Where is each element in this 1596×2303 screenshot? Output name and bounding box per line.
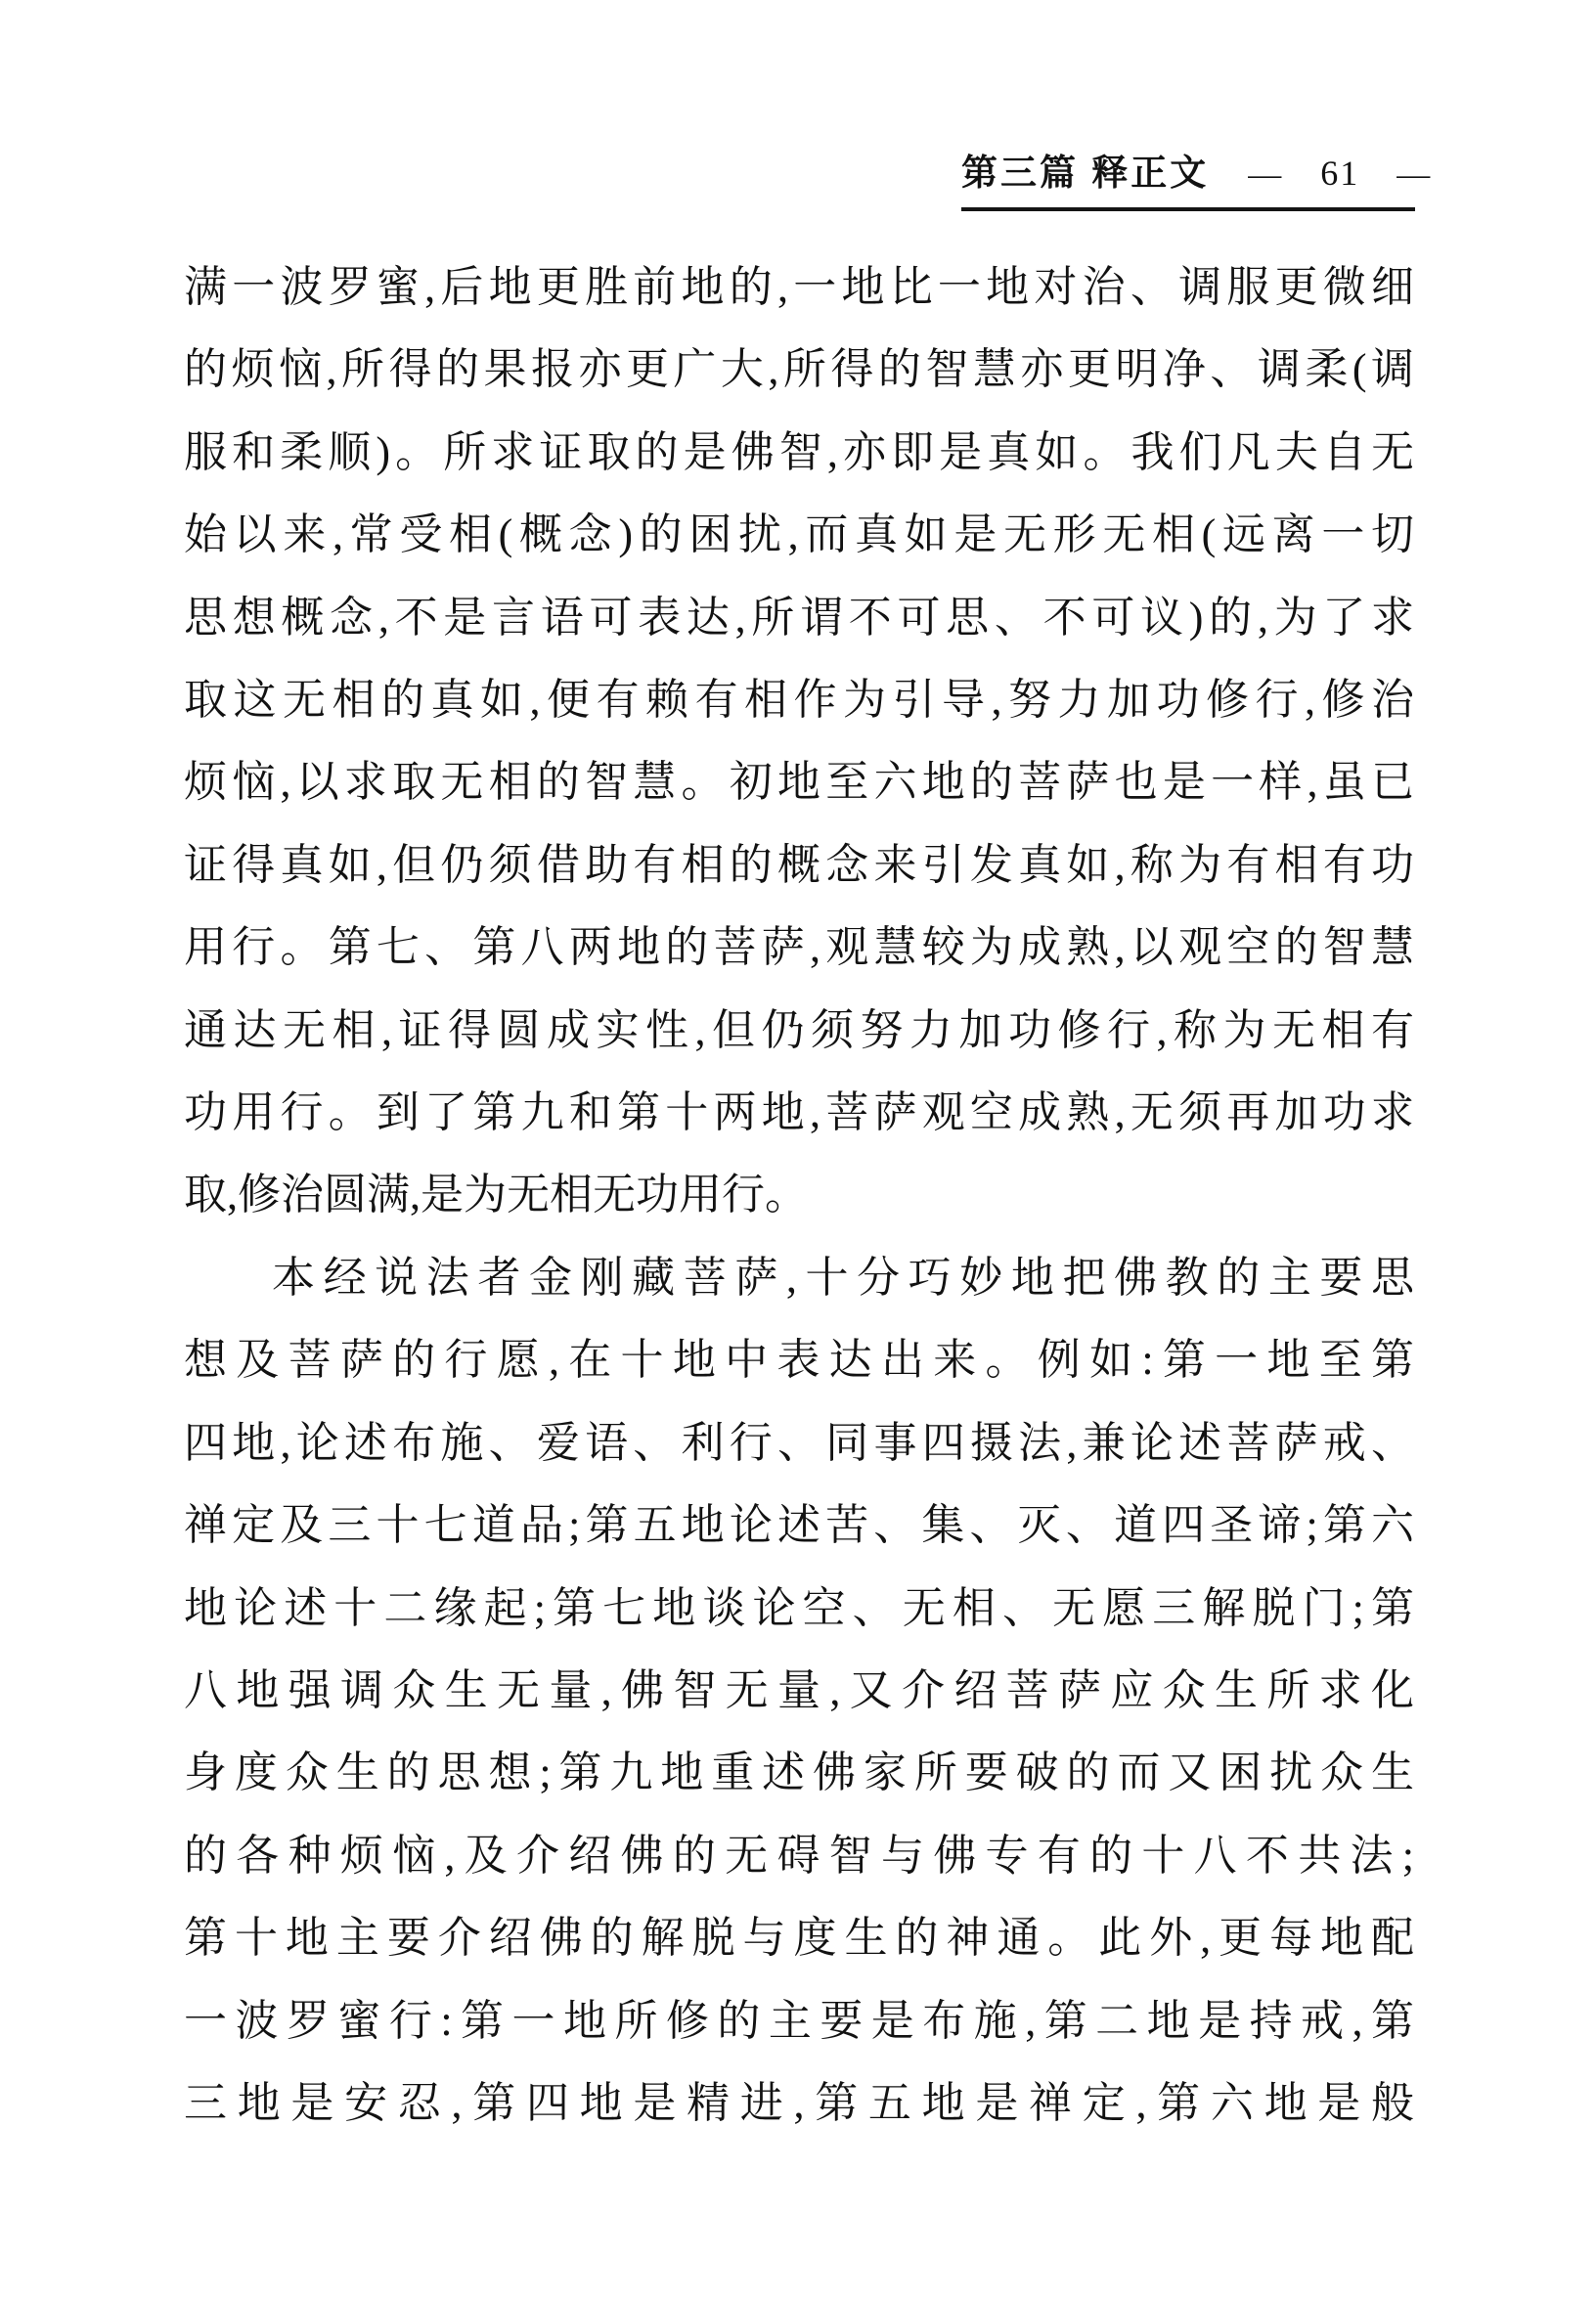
text-line: 身度众生的思想;第九地重述佛家所要破的而又困扰众生 [184, 1732, 1414, 1814]
header-dash-right: — [1396, 156, 1430, 194]
text-line: 禅定及三十七道品;第五地论述苦、集、灭、道四圣谛;第六 [184, 1484, 1414, 1567]
text-line-paragraph-start: 本经说法者金刚藏菩萨,十分巧妙地把佛教的主要思 [184, 1237, 1414, 1319]
text-line: 八地强调众生无量,佛智无量,又介绍菩萨应众生所求化 [184, 1650, 1414, 1732]
text-line: 始以来,常受相(概念)的困扰,而真如是无形无相(远离一切 [184, 494, 1414, 576]
text-line: 功用行。到了第九和第十两地,菩萨观空成熟,无须再加功求 [184, 1072, 1414, 1154]
text-line: 服和柔顺)。所求证取的是佛智,亦即是真如。我们凡夫自无 [184, 412, 1414, 494]
text-line: 思想概念,不是言语可表达,所谓不可思、不可议)的,为了求 [184, 577, 1414, 659]
kai-note-segment: 远离一切 [1216, 510, 1414, 558]
section-title: 第三篇 释正文 [961, 143, 1209, 196]
text-line: 一波罗蜜行:第一地所修的主要是布施,第二地是持戒,第 [184, 1980, 1414, 2062]
header-dash-left: — [1248, 156, 1281, 194]
text-segment: 始以来,常受相(概念)的困扰,而真如是无形无相( [184, 510, 1216, 558]
text-segment: )的,为了求 [1189, 594, 1414, 642]
text-line: 三地是安忍,第四地是精进,第五地是禅定,第六地是般 [184, 2062, 1414, 2145]
text-line: 证得真如,但仍须借助有相的概念来引发真如,称为有相有功 [184, 824, 1414, 907]
text-line: 用行。第七、第八两地的菩萨,观慧较为成熟,以观空的智慧 [184, 907, 1414, 989]
text-line: 的各种烦恼,及介绍佛的无碍智与佛专有的十八不共法; [184, 1815, 1414, 1897]
text-line: 想及菩萨的行愿,在十地中表达出来。例如:第一地至第 [184, 1319, 1414, 1401]
page-number: 61 [1320, 153, 1359, 194]
text-line: 满一波罗蜜,后地更胜前地的,一地比一地对治、调服更微细 [184, 246, 1414, 329]
text-line: 取这无相的真如,便有赖有相作为引导,努力加功修行,修治 [184, 659, 1414, 741]
body-text: 满一波罗蜜,后地更胜前地的,一地比一地对治、调服更微细 的烦恼,所得的果报亦更广… [184, 246, 1414, 2145]
running-header: 第三篇 释正文 — 61 — [961, 143, 1415, 211]
kai-note-segment: 思想概念,不是言语可表达,所谓不可思、不可议 [184, 594, 1189, 642]
text-line: 四地,论述布施、爱语、利行、同事四摄法,兼论述菩萨戒、 [184, 1402, 1414, 1484]
text-line: 第十地主要介绍佛的解脱与度生的神通。此外,更每地配 [184, 1897, 1414, 1979]
text-line: 通达无相,证得圆成实性,但仍须努力加功修行,称为无相有 [184, 990, 1414, 1072]
text-line: 的烦恼,所得的果报亦更广大,所得的智慧亦更明净、调柔(调 [184, 329, 1414, 411]
text-line: 取,修治圆满,是为无相无功用行。 [184, 1154, 1414, 1236]
text-line: 地论述十二缘起;第七地谈论空、无相、无愿三解脱门;第 [184, 1568, 1414, 1650]
text-line: 烦恼,以求取无相的智慧。初地至六地的菩萨也是一样,虽已 [184, 741, 1414, 823]
book-page: 第三篇 释正文 — 61 — 满一波罗蜜,后地更胜前地的,一地比一地对治、调服更… [0, 0, 1596, 2303]
